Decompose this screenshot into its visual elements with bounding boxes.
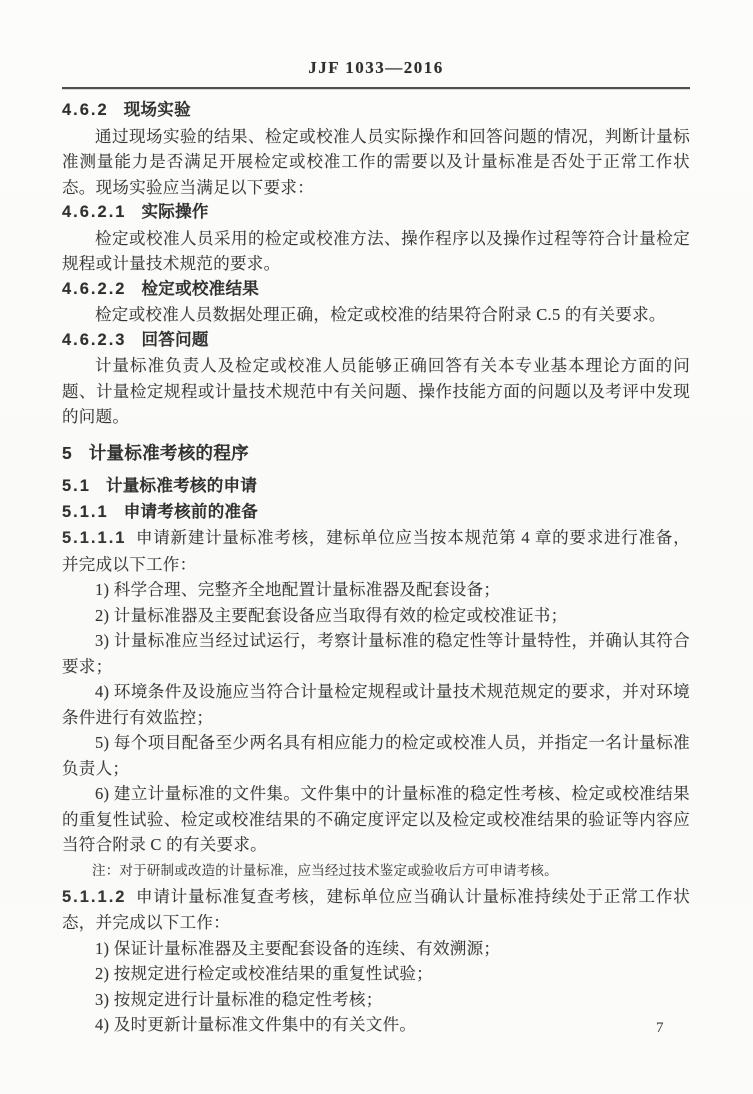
- clause-number: 5.1.1: [62, 503, 109, 521]
- list-item: 4) 环境条件及设施应当符合计量检定规程或计量技术规范规定的要求，并对环境条件进…: [62, 679, 690, 730]
- body-text: 申请计量标准复查考核，建标单位应当确认计量标准持续处于正常工作状态，并完成以下工…: [62, 887, 690, 933]
- clause-number: 4.6.2.2: [62, 280, 126, 298]
- note-text: 注：对于研制或改造的计量标准，应当经过技术鉴定或验收后方可申请考核。: [62, 859, 690, 883]
- body-text: 检定或校准人员采用的检定或校准方法、操作程序以及操作过程等符合计量检定规程或计量…: [62, 229, 690, 274]
- paragraph: 检定或校准人员采用的检定或校准方法、操作程序以及操作过程等符合计量检定规程或计量…: [62, 226, 690, 277]
- header-rule: [62, 87, 690, 89]
- list-item: 2) 按规定进行检定或校准结果的重复性试验；: [62, 961, 690, 987]
- heading-title: 实际操作: [141, 203, 208, 221]
- clause-number: 5.1.1.1: [62, 529, 126, 547]
- clause-number: 5.1.1.2: [62, 888, 126, 906]
- heading-title: 计量标准考核的程序: [89, 443, 249, 463]
- heading-title: 现场实验: [124, 101, 191, 119]
- clause-number: 4.6.2: [62, 101, 109, 119]
- heading-title: 检定或校准结果: [141, 280, 259, 298]
- list-item: 1) 保证计量标准器及主要配套设备的连续、有效溯源；: [62, 936, 690, 962]
- document-page: JJF 1033—2016 4.6.2现场实验通过现场实验的结果、检定或校准人员…: [0, 0, 753, 1094]
- clause-number: 5: [62, 443, 74, 463]
- clause-heading: 4.6.2.1实际操作: [62, 200, 690, 226]
- body-text: 4) 及时更新计量标准文件集中的有关文件。: [95, 1015, 416, 1034]
- paragraph: 计量标准负责人及检定或校准人员能够正确回答有关本专业基本理论方面的问题、计量检定…: [62, 353, 690, 430]
- paragraph: 检定或校准人员数据处理正确，检定或校准的结果符合附录 C.5 的有关要求。: [62, 302, 690, 328]
- clause-number: 4.6.2.3: [62, 331, 126, 349]
- body-text: 3) 计量标准应当经过试运行，考察计量标准的稳定性等计量特性，并确认其符合要求；: [62, 631, 690, 676]
- list-item: 5) 每个项目配备至少两名具有相应能力的检定或校准人员，并指定一名计量标准负责人…: [62, 730, 690, 781]
- body-text: 6) 建立计量标准的文件集。文件集中的计量标准的稳定性考核、检定或校准结果的重复…: [62, 784, 690, 854]
- chapter-heading: 5计量标准考核的程序: [62, 441, 690, 467]
- clause-heading: 4.6.2.2检定或校准结果: [62, 277, 690, 303]
- list-item: 2) 计量标准器及主要配套设备应当取得有效的检定或校准证书；: [62, 603, 690, 629]
- list-item: 4) 及时更新计量标准文件集中的有关文件。: [62, 1012, 690, 1038]
- body-text: 3) 按规定进行计量标准的稳定性考核；: [95, 990, 383, 1009]
- body-text: 申请新建计量标准考核，建标单位应当按本规范第 4 章的要求进行准备，并完成以下工…: [62, 528, 690, 574]
- body-text: 检定或校准人员数据处理正确，检定或校准的结果符合附录 C.5 的有关要求。: [95, 305, 666, 324]
- body-text: 2) 计量标准器及主要配套设备应当取得有效的检定或校准证书；: [95, 606, 567, 625]
- body-text: 1) 保证计量标准器及主要配套设备的连续、有效溯源；: [95, 939, 500, 958]
- body-text: 1) 科学合理、完整齐全地配置计量标准器及配套设备；: [95, 580, 500, 599]
- body-text: 通过现场实验的结果、检定或校准人员实际操作和回答问题的情况，判断计量标准测量能力…: [62, 127, 690, 197]
- body-text: 5) 每个项目配备至少两名具有相应能力的检定或校准人员，并指定一名计量标准负责人…: [62, 733, 690, 778]
- list-item: 1) 科学合理、完整齐全地配置计量标准器及配套设备；: [62, 577, 690, 603]
- heading-title: 申请考核前的准备: [124, 503, 258, 521]
- body-text: 注：对于研制或改造的计量标准，应当经过技术鉴定或验收后方可申请考核。: [92, 863, 558, 878]
- document-body: 4.6.2现场实验通过现场实验的结果、检定或校准人员实际操作和回答问题的情况，判…: [62, 98, 690, 1038]
- body-text: 2) 按规定进行检定或校准结果的重复性试验；: [95, 964, 433, 983]
- subsection-heading: 4.6.2现场实验: [62, 98, 690, 124]
- clause-heading: 4.6.2.3回答问题: [62, 328, 690, 354]
- page-number: 7: [656, 1020, 664, 1037]
- body-text: 4) 环境条件及设施应当符合计量检定规程或计量技术规范规定的要求，并对环境条件进…: [62, 682, 690, 727]
- clause-number: 5.1: [62, 477, 91, 495]
- subsection-heading: 5.1.1申请考核前的准备: [62, 500, 690, 526]
- heading-title: 回答问题: [141, 331, 208, 349]
- heading-title: 计量标准考核的申请: [106, 477, 257, 495]
- list-item: 6) 建立计量标准的文件集。文件集中的计量标准的稳定性考核、检定或校准结果的重复…: [62, 781, 690, 858]
- list-item: 3) 计量标准应当经过试运行，考察计量标准的稳定性等计量特性，并确认其符合要求；: [62, 628, 690, 679]
- list-item: 3) 按规定进行计量标准的稳定性考核；: [62, 987, 690, 1013]
- section-heading: 5.1计量标准考核的申请: [62, 474, 690, 500]
- clause-number: 4.6.2.1: [62, 203, 126, 221]
- numbered-paragraph: 5.1.1.2申请计量标准复查考核，建标单位应当确认计量标准持续处于正常工作状态…: [62, 884, 690, 936]
- numbered-paragraph: 5.1.1.1申请新建计量标准考核，建标单位应当按本规范第 4 章的要求进行准备…: [62, 525, 690, 577]
- body-text: 计量标准负责人及检定或校准人员能够正确回答有关本专业基本理论方面的问题、计量检定…: [62, 356, 690, 426]
- paragraph: 通过现场实验的结果、检定或校准人员实际操作和回答问题的情况，判断计量标准测量能力…: [62, 124, 690, 201]
- text-column: JJF 1033—2016 4.6.2现场实验通过现场实验的结果、检定或校准人员…: [62, 0, 690, 1038]
- standard-number-header: JJF 1033—2016: [62, 0, 690, 78]
